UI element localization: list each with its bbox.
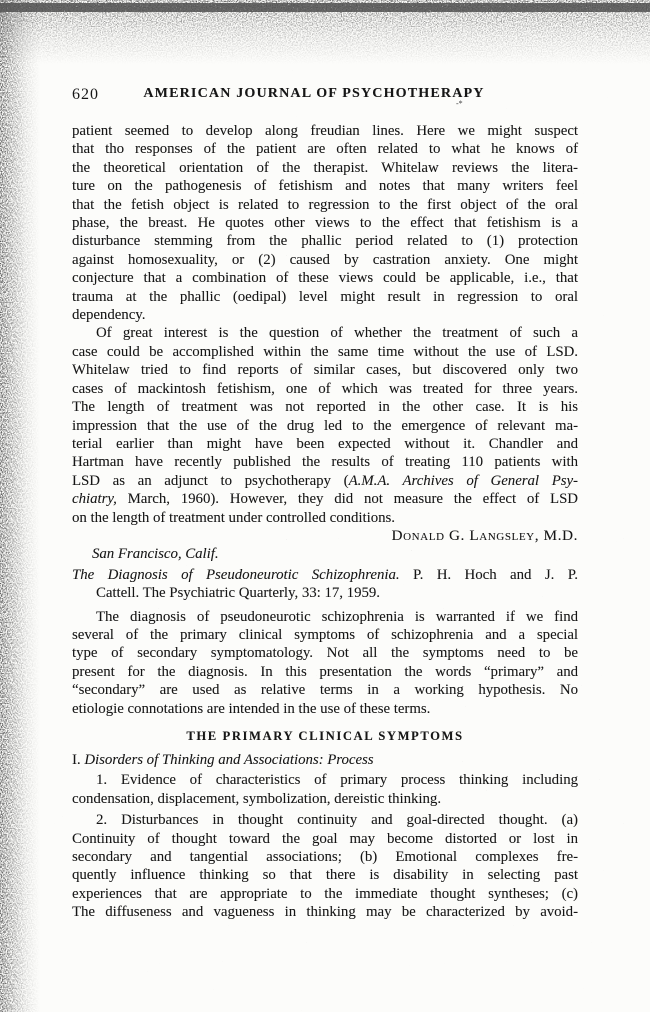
text-line: 1. Evidence of characteristics of primar… (72, 771, 578, 789)
text-segment: Whitelaw tried to find reports of simila… (72, 362, 578, 378)
review1-paragraph2: Of great interest is the question of whe… (72, 324, 578, 526)
text-line: patient seemed to develop along freudian… (72, 122, 578, 140)
text-segment: case could be accomplished within the sa… (72, 344, 578, 360)
text-line: cases of mackintosh fetishism, one of wh… (72, 380, 578, 398)
text-segment: several of the primary clinical symptoms… (72, 627, 578, 643)
text-line: Of great interest is the question of whe… (72, 324, 578, 342)
text-segment: Of great interest is the question of whe… (96, 325, 578, 341)
text-line: that tho responses of the patient are of… (72, 140, 578, 158)
reviewer-location: San Francisco, Calif. (72, 545, 578, 563)
text-segment: The diffuseness and vagueness in thinkin… (72, 904, 578, 920)
page-body: 620 AMERICAN JOURNAL OF PSYCHOTHERAPY -*… (72, 86, 578, 922)
text-line: etiologie connotations are intended in t… (72, 700, 578, 718)
text-segment: the theoretical orientation of the thera… (72, 160, 578, 176)
text-line: trauma at the phallic (oedipal) level mi… (72, 288, 578, 306)
text-segment: quently influence thinking so that there… (72, 867, 578, 883)
text-segment: conjecture that a combination of these v… (72, 270, 578, 286)
text-segment: disturbance stemming from the phallic pe… (72, 233, 578, 249)
text-segment: dependency. (72, 307, 145, 323)
review2-intro-paragraph: The diagnosis of pseudoneurotic schizoph… (72, 608, 578, 718)
text-segment: Continuity of thought toward the goal ma… (72, 831, 578, 847)
text-segment: Cattell. The Psychiatric Quarterly, 33: … (96, 585, 380, 601)
text-segment: A.M.A. Archives of General Psy- (349, 473, 578, 489)
numbered-item-1: 1. Evidence of characteristics of primar… (72, 771, 578, 808)
text-line: phase, the breast. He quotes other views… (72, 214, 578, 232)
text-segment: ture on the pathogenesis of fetishism an… (72, 178, 578, 194)
text-line: disturbance stemming from the phallic pe… (72, 232, 578, 250)
text-line: conjecture that a combination of these v… (72, 269, 578, 287)
text-line: Continuity of thought toward the goal ma… (72, 830, 578, 848)
text-line: The diffuseness and vagueness in thinkin… (72, 903, 578, 921)
text-segment: cases of mackintosh fetishism, one of wh… (72, 381, 578, 397)
text-segment: etiologie connotations are intended in t… (72, 701, 430, 717)
text-line: LSD as an adjunct to psychotherapy (A.M.… (72, 472, 578, 490)
text-line: chiatry, March, 1960). However, they did… (72, 490, 578, 508)
text-line: case could be accomplished within the sa… (72, 343, 578, 361)
text-segment: impression that the use of the drug led … (72, 418, 578, 434)
text-segment: The Diagnosis of Pseudoneurotic Schizoph… (72, 567, 400, 583)
text-segment: secondary and tangential associations; (… (72, 849, 578, 865)
text-segment: March, 1960). However, they did not meas… (117, 491, 578, 507)
text-line: dependency. (72, 306, 578, 324)
text-line: Cattell. The Psychiatric Quarterly, 33: … (72, 584, 578, 602)
text-segment: against homosexuality, or (2) caused by … (72, 252, 578, 268)
text-line: “secondary” are used as relative terms i… (72, 681, 578, 699)
text-segment: I. (72, 752, 81, 768)
text-line: type of secondary symptomatology. Not al… (72, 644, 578, 662)
text-segment: Hartman have recently published the resu… (72, 454, 578, 470)
text-line: 2. Disturbances in thought continuity an… (72, 811, 578, 829)
reviewer-signature: Donald G. Langsley, M.D. (72, 527, 578, 545)
running-head: 620 AMERICAN JOURNAL OF PSYCHOTHERAPY -* (72, 86, 578, 104)
text-segment: that tho responses of the patient are of… (72, 141, 578, 157)
text-line: I. Disorders of Thinking and Association… (72, 751, 578, 769)
scan-noise-top-edge (0, 0, 650, 64)
roman-item-heading: I. Disorders of Thinking and Association… (72, 751, 578, 769)
text-segment: 2. Disturbances in thought continuity an… (96, 812, 578, 828)
text-line: on the length of treatment under control… (72, 509, 578, 527)
text-segment: LSD as an adjunct to psychotherapy ( (72, 473, 349, 489)
text-segment: Disorders of Thinking and Associations: … (81, 752, 374, 768)
text-line: Whitelaw tried to find reports of simila… (72, 361, 578, 379)
text-line: present for the diagnosis. In this prese… (72, 663, 578, 681)
text-line: Hartman have recently published the resu… (72, 453, 578, 471)
print-artifact: -* (456, 99, 463, 108)
text-line: against homosexuality, or (2) caused by … (72, 251, 578, 269)
text-segment: trauma at the phallic (oedipal) level mi… (72, 289, 578, 305)
text-segment: present for the diagnosis. In this prese… (72, 664, 578, 680)
text-segment: phase, the breast. He quotes other views… (72, 215, 578, 231)
scan-noise-left-edge (0, 0, 40, 1012)
text-segment: “secondary” are used as relative terms i… (72, 682, 578, 698)
numbered-item-2: 2. Disturbances in thought continuity an… (72, 811, 578, 921)
text-segment: experiences that are appropriate to the … (72, 886, 578, 902)
journal-title: AMERICAN JOURNAL OF PSYCHOTHERAPY (72, 86, 578, 102)
text-line: quently influence thinking so that there… (72, 866, 578, 884)
text-line: the theoretical orientation of the thera… (72, 159, 578, 177)
text-segment: patient seemed to develop along freudian… (72, 123, 578, 139)
text-line: that the fetish object is related to reg… (72, 196, 578, 214)
text-line: experiences that are appropriate to the … (72, 885, 578, 903)
text-segment: on the length of treatment under control… (72, 510, 395, 526)
text-line: terial earlier than might have been expe… (72, 435, 578, 453)
section-heading: THE PRIMARY CLINICAL SYMPTOMS (72, 728, 578, 744)
review2-reference: The Diagnosis of Pseudoneurotic Schizoph… (72, 566, 578, 603)
text-segment: The diagnosis of pseudoneurotic schizoph… (96, 609, 578, 625)
page-number: 620 (72, 86, 99, 104)
text-segment: that the fetish object is related to reg… (72, 197, 578, 213)
text-line: ture on the pathogenesis of fetishism an… (72, 177, 578, 195)
text-segment: 1. Evidence of characteristics of primar… (96, 772, 578, 788)
text-segment: P. H. Hoch and J. P. (400, 567, 578, 583)
text-line: condensation, displacement, symbolizatio… (72, 790, 578, 808)
text-line: several of the primary clinical symptoms… (72, 626, 578, 644)
review1-paragraph1: patient seemed to develop along freudian… (72, 122, 578, 324)
text-segment: The length of treatment was not reported… (72, 399, 578, 415)
text-line: The diagnosis of pseudoneurotic schizoph… (72, 608, 578, 626)
text-segment: terial earlier than might have been expe… (72, 436, 578, 452)
text-segment: chiatry, (72, 491, 117, 507)
text-line: The length of treatment was not reported… (72, 398, 578, 416)
text-line: impression that the use of the drug led … (72, 417, 578, 435)
text-segment: type of secondary symptomatology. Not al… (72, 645, 578, 661)
text-segment: condensation, displacement, symbolizatio… (72, 791, 441, 807)
text-line: The Diagnosis of Pseudoneurotic Schizoph… (72, 566, 578, 584)
text-line: secondary and tangential associations; (… (72, 848, 578, 866)
